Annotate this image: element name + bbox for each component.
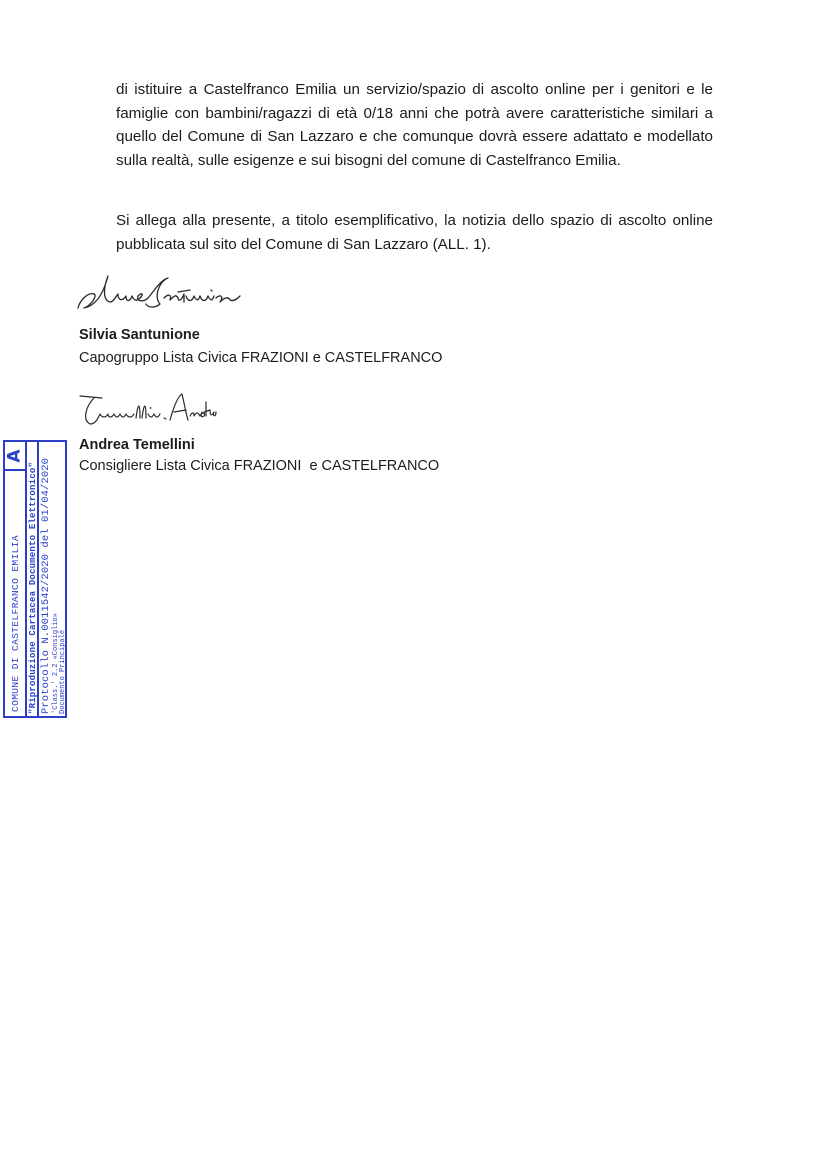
stamp-title: "Riproduzione Cartacea Documento Elettro… xyxy=(28,462,38,714)
stamp-protocol-column: Protocollo N.0011542/2020 del 01/04/2020… xyxy=(39,442,65,716)
signer-role: Capogruppo Lista Civica FRAZIONI e CASTE… xyxy=(79,350,442,366)
signer-role: Consigliere Lista Civica FRAZIONI e CAST… xyxy=(79,458,439,474)
signer-name: Silvia Santunione xyxy=(79,327,200,343)
paragraph-text: Si allega alla presente, a titolo esempl… xyxy=(116,209,713,256)
stamp-letter-box: A xyxy=(5,442,25,471)
stamp-title-column: "Riproduzione Cartacea Documento Elettro… xyxy=(27,442,39,716)
protocol-stamp: A COMUNE DI CASTELFRANCO EMILIA "Riprodu… xyxy=(3,440,67,718)
stamp-letter: A xyxy=(5,449,25,462)
signature-temellini-image xyxy=(78,392,218,432)
stamp-entity-column: A COMUNE DI CASTELFRANCO EMILIA xyxy=(5,442,27,716)
stamp-doc-type: Documento Principale xyxy=(59,630,67,714)
body-paragraph-1: di istituire a Castelfranco Emilia un se… xyxy=(116,78,713,172)
signer-name: Andrea Temellini xyxy=(79,437,195,453)
signature-santunione-image xyxy=(74,272,244,316)
document-page: di istituire a Castelfranco Emilia un se… xyxy=(0,0,821,1161)
body-paragraph-2: Si allega alla presente, a titolo esempl… xyxy=(116,209,713,256)
stamp-entity: COMUNE DI CASTELFRANCO EMILIA xyxy=(10,535,21,712)
stamp-protocol-number: Protocollo N.0011542/2020 del 01/04/2020 xyxy=(40,458,52,714)
paragraph-text: di istituire a Castelfranco Emilia un se… xyxy=(116,78,713,172)
